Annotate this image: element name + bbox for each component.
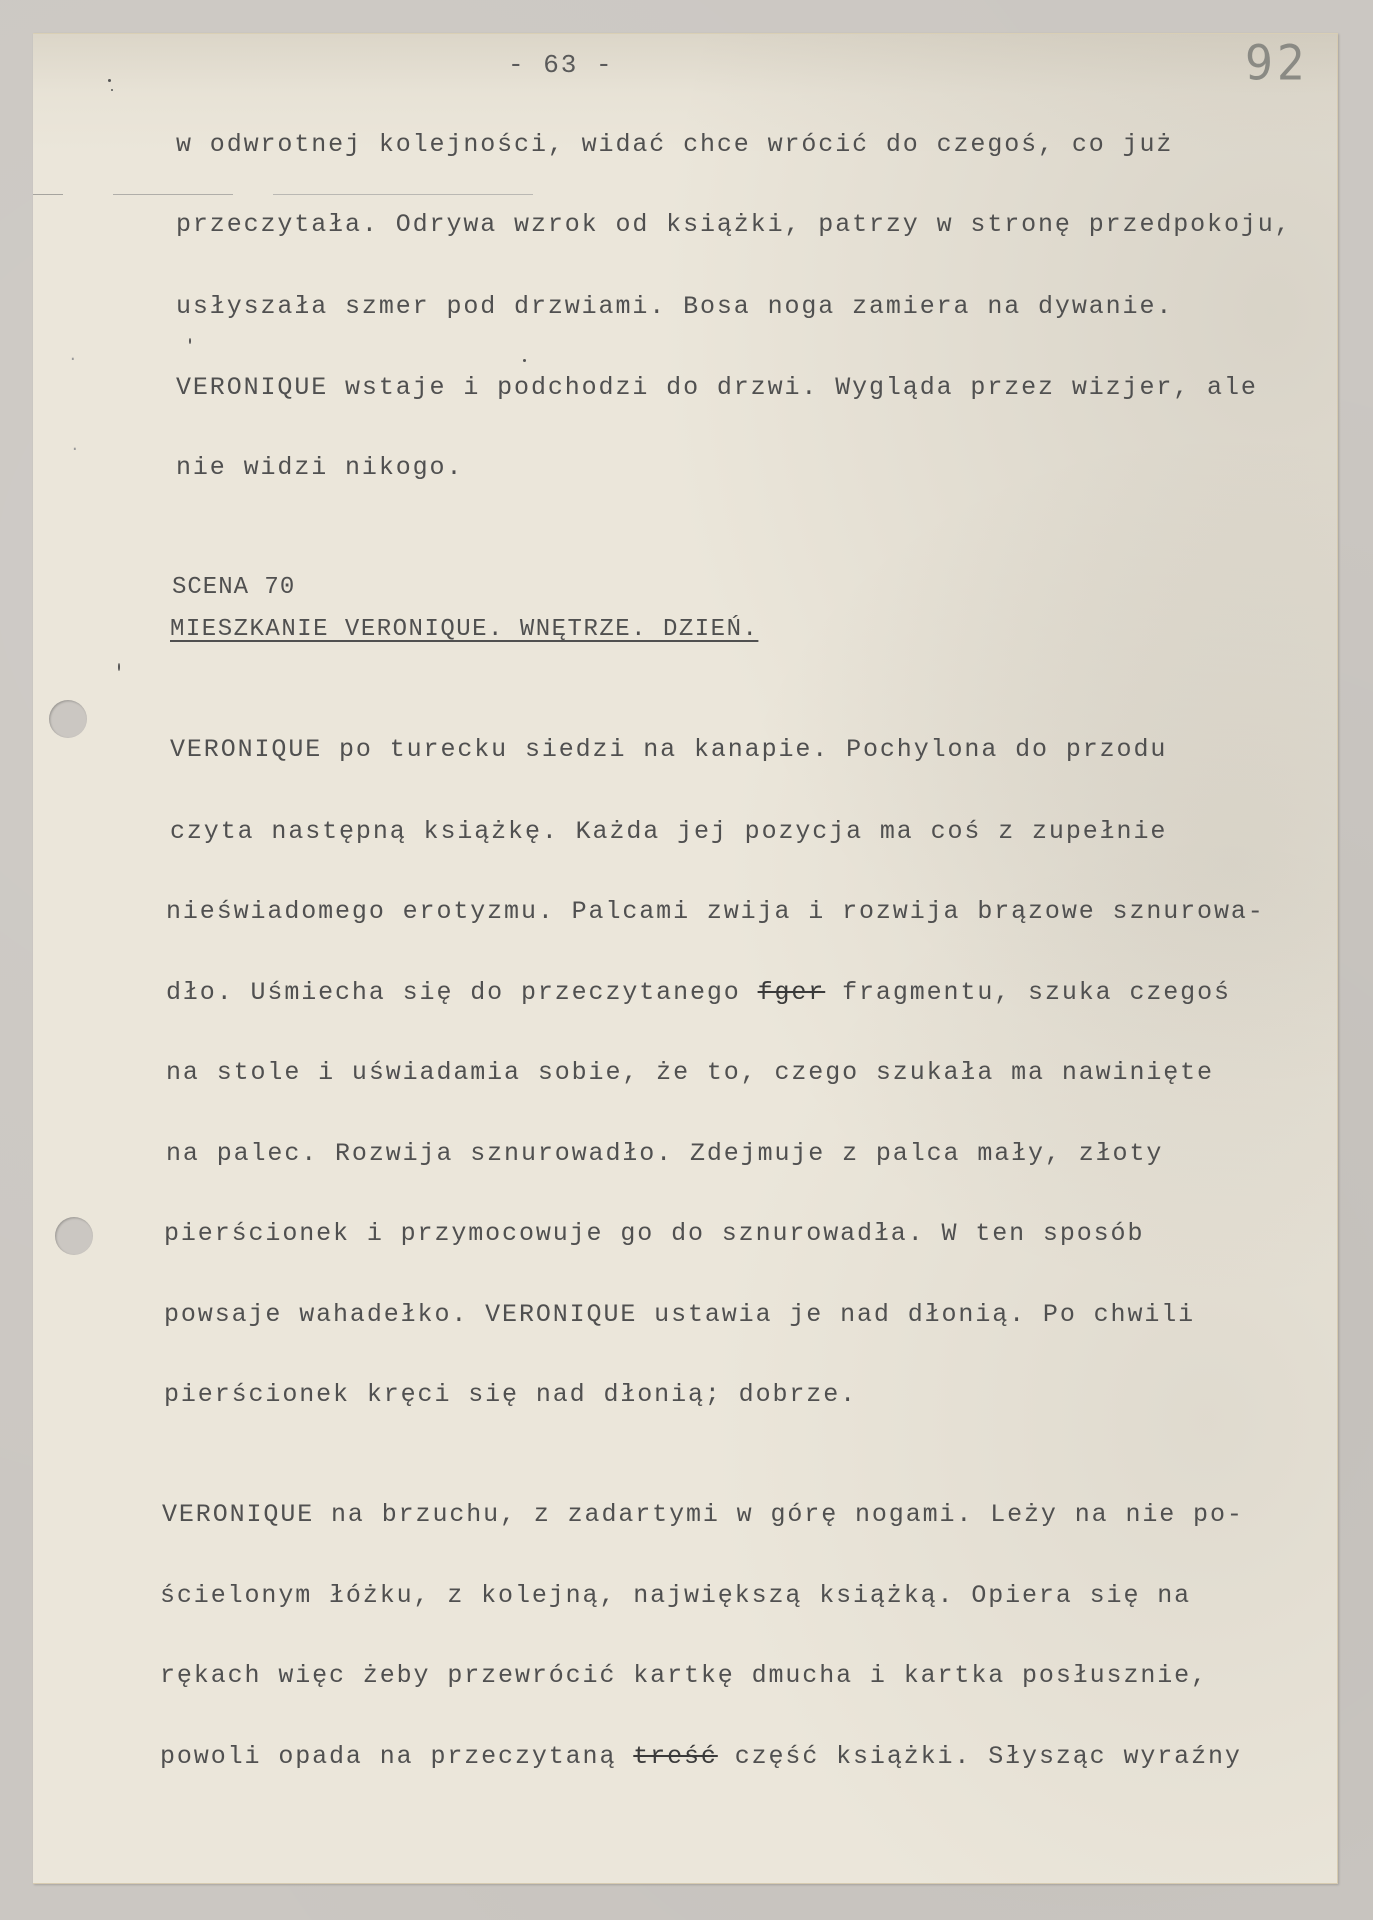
text-fragment: powoli opada na przeczytaną	[160, 1742, 616, 1771]
struck-out-text: fger	[758, 978, 826, 1007]
stray-rule-line	[33, 194, 533, 195]
ink-speck	[189, 338, 191, 344]
struck-out-text: treść	[633, 1742, 718, 1771]
ink-speck	[118, 663, 120, 671]
scene-number: SCENA 70	[172, 574, 295, 601]
scene-slugline: MIESZKANIE VERONIQUE. WNĘTRZE. DZIEŃ.	[170, 616, 758, 643]
text-line: na palec. Rozwija sznurowadło. Zdejmuje …	[166, 1139, 1163, 1168]
text-line-with-correction: dło. Uśmiecha się do przeczytanego fger …	[166, 978, 1231, 1007]
text-line: usłyszała szmer pod drzwiami. Bosa noga …	[176, 292, 1173, 321]
text-line: na stole i uświadamia sobie, że to, czeg…	[166, 1058, 1214, 1087]
text-fragment: część książki. Słysząc wyraźny	[735, 1742, 1242, 1771]
text-line: powsaje wahadełko. VERONIQUE ustawia je …	[164, 1300, 1195, 1329]
text-line-with-correction: powoli opada na przeczytaną treść część …	[160, 1742, 1242, 1771]
ink-speck	[523, 359, 526, 362]
text-line: VERONIQUE na brzuchu, z zadartymi w górę…	[162, 1500, 1244, 1529]
text-line: rękach więc żeby przewrócić kartkę dmuch…	[160, 1661, 1208, 1690]
text-fragment: fragmentu, szuka czegoś	[842, 978, 1231, 1007]
margin-mark: ·	[68, 350, 78, 368]
ink-speck	[111, 89, 113, 91]
text-line: nieświadomego erotyzmu. Palcami zwija i …	[166, 897, 1265, 926]
punch-hole-top	[49, 700, 87, 738]
ink-speck	[108, 79, 111, 82]
text-line: pierścionek i przymocowuje go do sznurow…	[164, 1219, 1144, 1248]
text-line: VERONIQUE po turecku siedzi na kanapie. …	[170, 735, 1167, 764]
text-line: pierścionek kręci się nad dłonią; dobrze…	[164, 1380, 857, 1409]
page-number: - 63 -	[508, 50, 614, 80]
punch-hole-bottom	[55, 1217, 93, 1255]
margin-mark: ·	[70, 440, 80, 458]
text-line: w odwrotnej kolejności, widać chce wróci…	[176, 130, 1173, 159]
text-line: czyta następną książkę. Każda jej pozycj…	[170, 817, 1167, 846]
text-line: VERONIQUE wstaje i podchodzi do drzwi. W…	[176, 373, 1258, 402]
text-line: ścielonym łóżku, z kolejną, największą k…	[160, 1581, 1191, 1610]
handwritten-archive-number: 92	[1245, 35, 1309, 91]
text-line: przeczytała. Odrywa wzrok od książki, pa…	[176, 210, 1292, 239]
text-line: nie widzi nikogo.	[176, 453, 463, 482]
text-fragment: dło. Uśmiecha się do przeczytanego	[166, 978, 741, 1007]
